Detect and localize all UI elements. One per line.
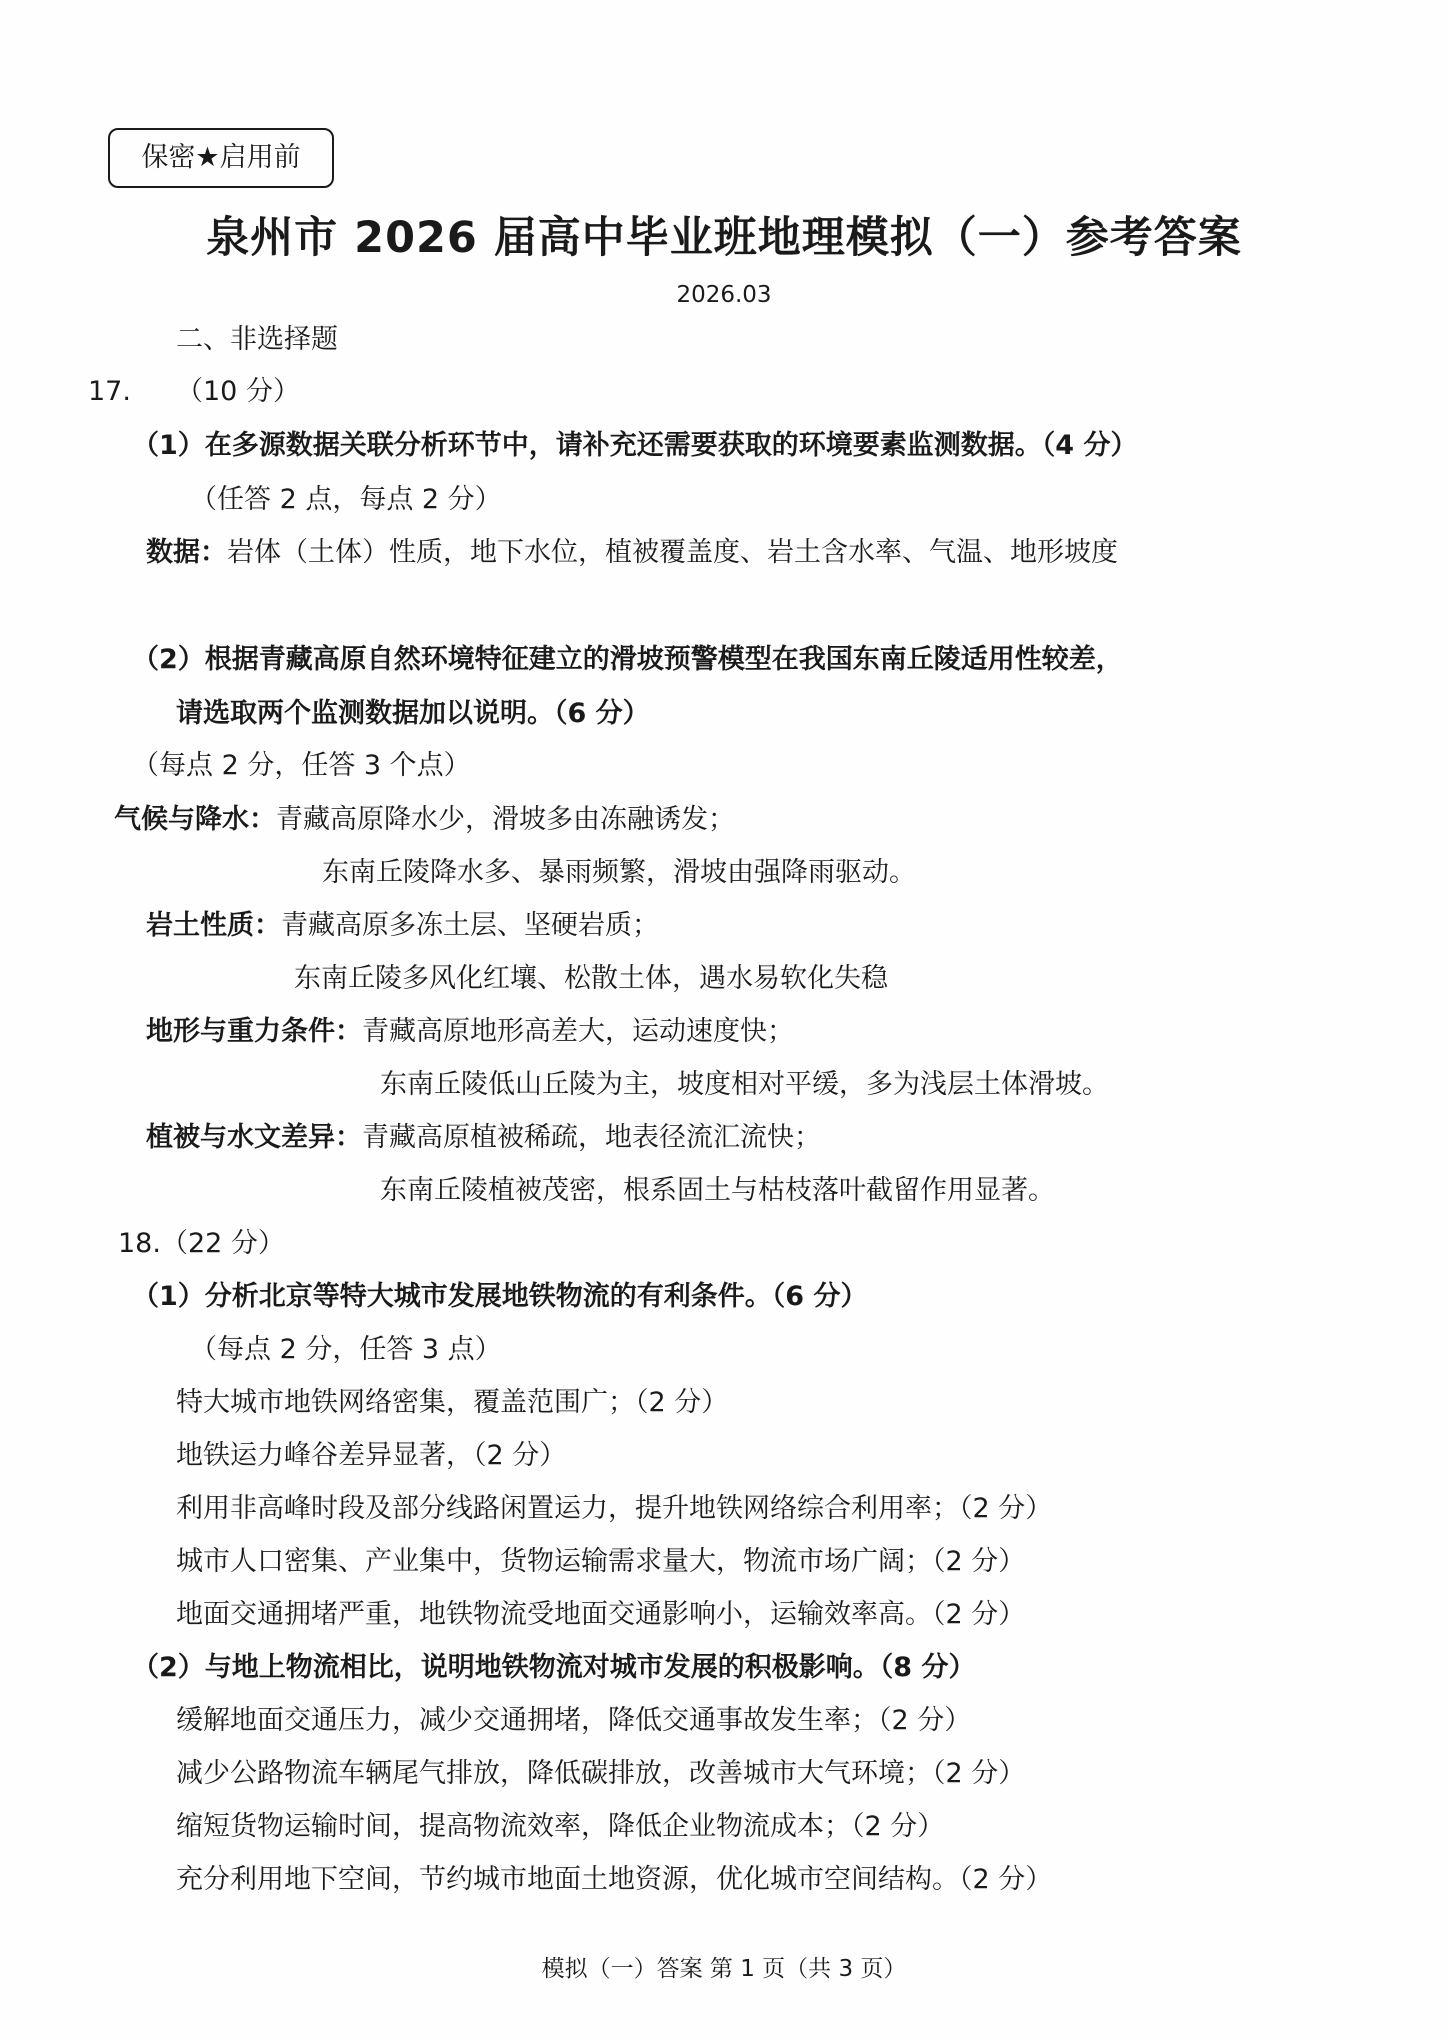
q17-part1-answer: 数据：岩体（土体）性质，地下水位，植被覆盖度、岩土含水率、气温、地形坡度 <box>146 535 1118 571</box>
item-line1: 青藏高原植被稀疏，地表径流汇流快； <box>362 1122 821 1153</box>
q17-part1-answer-label: 数据： <box>146 537 227 568</box>
q17-part2-item-rock-soil: 岩土性质：青藏高原多冻土层、坚硬岩质； <box>146 908 659 944</box>
q17-score: （10 分） <box>176 374 300 410</box>
q17-part2-question-line2: 请选取两个监测数据加以说明。（6 分） <box>176 696 650 732</box>
item-label: 地形与重力条件： <box>146 1016 362 1047</box>
q17-number: 17. <box>88 374 131 410</box>
q18-header: 18.（22 分） <box>118 1226 285 1262</box>
q18-part1-answer-4: 城市人口密集、产业集中，货物运输需求量大，物流市场广阔；（2 分） <box>176 1544 1025 1580</box>
q18-number: 18. <box>118 1228 161 1259</box>
q17-part1-scoring-note: （任答 2 点，每点 2 分） <box>190 482 502 518</box>
q18-part2-question: （2）与地上物流相比，说明地铁物流对城市发展的积极影响。（8 分） <box>132 1650 975 1686</box>
confidential-badge: 保密★启用前 <box>108 128 334 188</box>
q18-score: （22 分） <box>161 1228 285 1259</box>
item-label: 岩土性质： <box>146 910 281 941</box>
q18-part1-answer-2: 地铁运力峰谷差异显著，（2 分） <box>176 1438 566 1474</box>
q17-part1-question: （1）在多源数据关联分析环节中，请补充还需要获取的环境要素监测数据。（4 分） <box>132 428 1137 464</box>
q18-part2-answer-4: 充分利用地下空间，节约城市地面土地资源，优化城市空间结构。（2 分） <box>176 1862 1052 1898</box>
item-label: 气候与降水： <box>114 804 276 835</box>
answer-sheet-page: 保密★启用前 泉州市 2026 届高中毕业班地理模拟（一）参考答案 2026.0… <box>0 0 1448 2040</box>
q18-part1-answer-3: 利用非高峰时段及部分线路闲置运力，提升地铁网络综合利用率；（2 分） <box>176 1491 1052 1527</box>
q17-part2-item-terrain: 地形与重力条件：青藏高原地形高差大，运动速度快； <box>146 1014 794 1050</box>
q17-part2-item-terrain-line2: 东南丘陵低山丘陵为主，坡度相对平缓，多为浅层土体滑坡。 <box>380 1067 1109 1103</box>
q18-part1-question: （1）分析北京等特大城市发展地铁物流的有利条件。（6 分） <box>132 1279 867 1315</box>
document-title: 泉州市 2026 届高中毕业班地理模拟（一）参考答案 <box>0 204 1448 265</box>
document-date: 2026.03 <box>0 282 1448 308</box>
section-heading: 二、非选择题 <box>176 322 338 358</box>
item-line1: 青藏高原多冻土层、坚硬岩质； <box>281 910 659 941</box>
q17-part2-scoring-note: （每点 2 分，任答 3 个点） <box>132 748 471 784</box>
q17-part2-item-climate: 气候与降水：青藏高原降水少，滑坡多由冻融诱发； <box>114 802 735 838</box>
item-line1: 青藏高原地形高差大，运动速度快； <box>362 1016 794 1047</box>
q18-part1-answer-5: 地面交通拥堵严重，地铁物流受地面交通影响小，运输效率高。（2 分） <box>176 1597 1025 1633</box>
q18-part1-scoring-note: （每点 2 分，任答 3 点） <box>190 1332 502 1368</box>
q18-part2-answer-3: 缩短货物运输时间，提高物流效率，降低企业物流成本；（2 分） <box>176 1809 944 1845</box>
item-label: 植被与水文差异： <box>146 1122 362 1153</box>
q18-part1-answer-1: 特大城市地铁网络密集，覆盖范围广；（2 分） <box>176 1385 728 1421</box>
q18-part2-answer-1: 缓解地面交通压力，减少交通拥堵，降低交通事故发生率；（2 分） <box>176 1703 971 1739</box>
q17-part1-answer-text: 岩体（土体）性质，地下水位，植被覆盖度、岩土含水率、气温、地形坡度 <box>227 537 1118 568</box>
q17-part2-item-rock-soil-line2: 东南丘陵多风化红壤、松散土体，遇水易软化失稳 <box>294 961 888 997</box>
q17-part2-item-vegetation-line2: 东南丘陵植被茂密，根系固土与枯枝落叶截留作用显著。 <box>380 1173 1055 1209</box>
q18-part2-answer-2: 减少公路物流车辆尾气排放，降低碳排放，改善城市大气环境；（2 分） <box>176 1756 1025 1792</box>
q17-part2-question-line1: （2）根据青藏高原自然环境特征建立的滑坡预警模型在我国东南丘陵适用性较差， <box>132 642 1123 678</box>
q17-part2-item-vegetation: 植被与水文差异：青藏高原植被稀疏，地表径流汇流快； <box>146 1120 821 1156</box>
item-line1: 青藏高原降水少，滑坡多由冻融诱发； <box>276 804 735 835</box>
page-footer: 模拟（一）答案 第 1 页（共 3 页） <box>0 1950 1448 1983</box>
q17-part2-item-climate-line2: 东南丘陵降水多、暴雨频繁，滑坡由强降雨驱动。 <box>322 855 916 891</box>
